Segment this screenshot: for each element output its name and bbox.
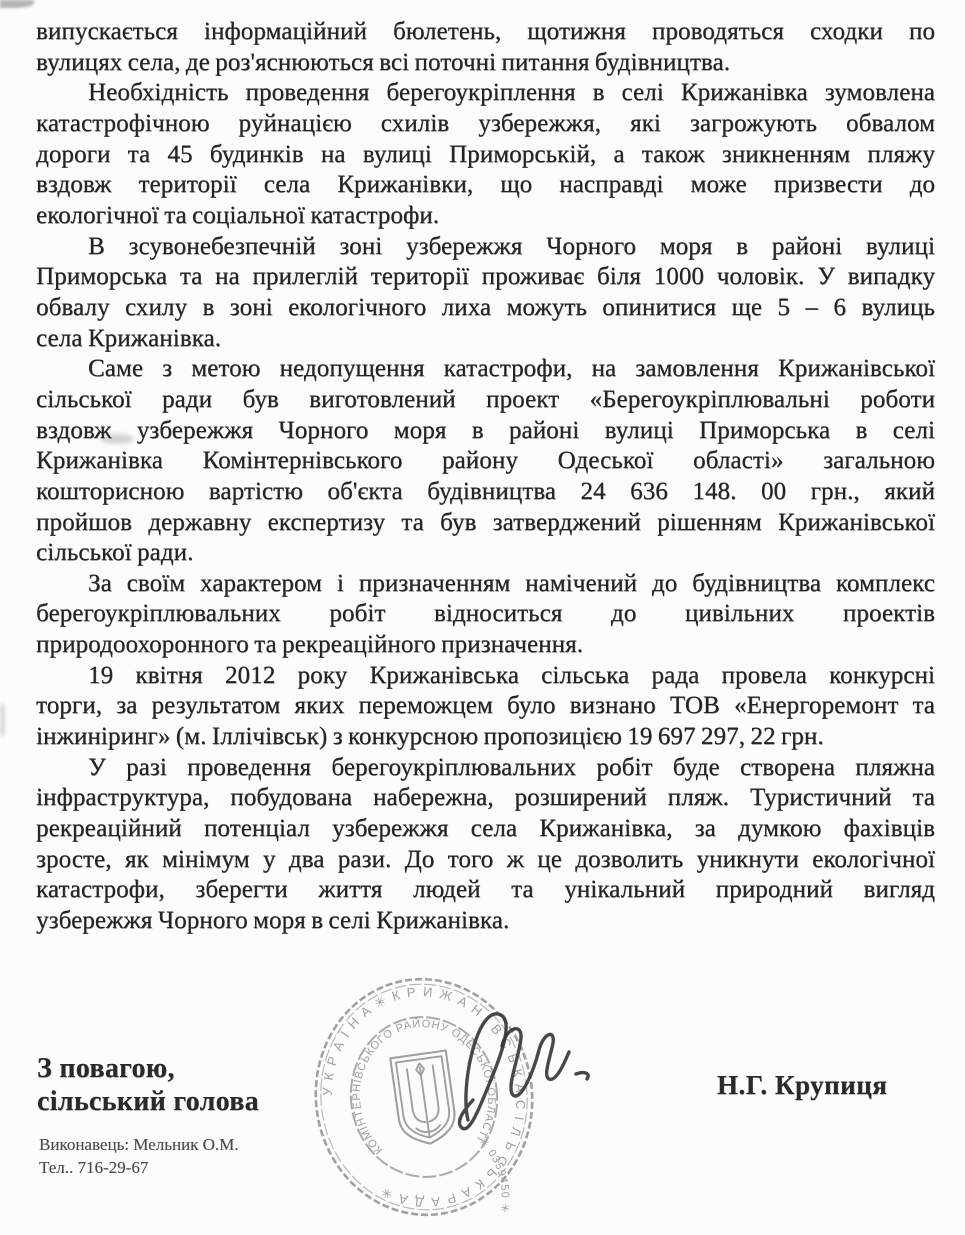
closing-block: З повагою, сільський голова bbox=[37, 1052, 259, 1118]
text-line: 19 квітня 2012 року Крижанівська сільськ… bbox=[36, 661, 935, 692]
text-line: В зсувонебезпечній зоні узбережжя Чорног… bbox=[36, 232, 935, 263]
text-line: рекреаційний потенціал узбережжя села Кр… bbox=[36, 814, 935, 845]
executor-name-line: Виконавець: Мельник О.М. bbox=[39, 1133, 239, 1156]
text-line: катастрофічною руйнацією схилів узбережж… bbox=[36, 109, 935, 140]
text-line: села Крижанівка. bbox=[36, 324, 935, 355]
text-line: Саме з метою недопущення катастрофи, на … bbox=[36, 354, 935, 385]
executor-note: Виконавець: Мельник О.М. Тел.. 716-29-67 bbox=[39, 1133, 239, 1179]
text-line: вздовж території села Крижанівки, що нас… bbox=[36, 170, 935, 201]
text-line: вулицях села, де роз'яснюються всі поточ… bbox=[36, 48, 935, 79]
scan-artifact-smudge bbox=[0, 703, 5, 737]
scan-artifact-corner bbox=[0, 0, 34, 8]
text-line: інжиніринг» (м. Іллічівськ) з конкурсною… bbox=[36, 722, 935, 753]
document-body: випускається інформаційний бюлетень, щот… bbox=[36, 17, 935, 937]
text-line: Приморська та на прилеглій території про… bbox=[36, 262, 935, 293]
text-line: вздовж узбережжя Чорного моря в районі в… bbox=[36, 416, 935, 447]
signer-name: Н.Г. Крупиця bbox=[717, 1070, 887, 1101]
text-line: випускається інформаційний бюлетень, щот… bbox=[36, 17, 935, 48]
text-line: берегоукріплювальних робіт відноситься д… bbox=[36, 599, 935, 630]
text-line: екологічної та соціальної катастрофи. bbox=[36, 201, 935, 232]
text-line: катастрофи, зберегти життя людей та унік… bbox=[36, 875, 935, 906]
text-line: дороги та 45 будинків на вулиці Приморсь… bbox=[36, 140, 935, 171]
text-line: пройшов державну експертизу та був затве… bbox=[36, 508, 935, 539]
closing-line-2: сільський голова bbox=[37, 1085, 259, 1118]
text-line: торги, за результатом яких переможцем бу… bbox=[36, 691, 935, 722]
text-line: сільської ради. bbox=[36, 538, 935, 569]
text-line: У разі проведення берегоукріплювальних р… bbox=[36, 753, 935, 784]
text-line: узбережжя Чорного моря в селі Крижанівка… bbox=[36, 906, 935, 937]
text-line: природоохоронного та рекреаційного призн… bbox=[36, 630, 935, 661]
text-line: зросте, як мінімум у два рази. До того ж… bbox=[36, 845, 935, 876]
text-line: обвалу схилу в зоні екологічного лиха мо… bbox=[36, 293, 935, 324]
handwritten-signature-icon bbox=[440, 988, 610, 1153]
text-line: Крижанівка Комінтернівського району Одес… bbox=[36, 446, 935, 477]
text-line: інфраструктура, побудована набережна, ро… bbox=[36, 783, 935, 814]
text-line: кошторисною вартістю об'єкта будівництва… bbox=[36, 477, 935, 508]
text-line: сільської ради був виготовлений проект «… bbox=[36, 385, 935, 416]
closing-line-1: З повагою, bbox=[37, 1052, 259, 1085]
executor-phone-line: Тел.. 716-29-67 bbox=[39, 1156, 239, 1179]
text-line: Необхідність проведення берегоукріплення… bbox=[36, 78, 935, 109]
document-page: випускається інформаційний бюлетень, щот… bbox=[0, 0, 965, 1235]
text-line: За своїм характером і призначенням наміч… bbox=[36, 569, 935, 600]
